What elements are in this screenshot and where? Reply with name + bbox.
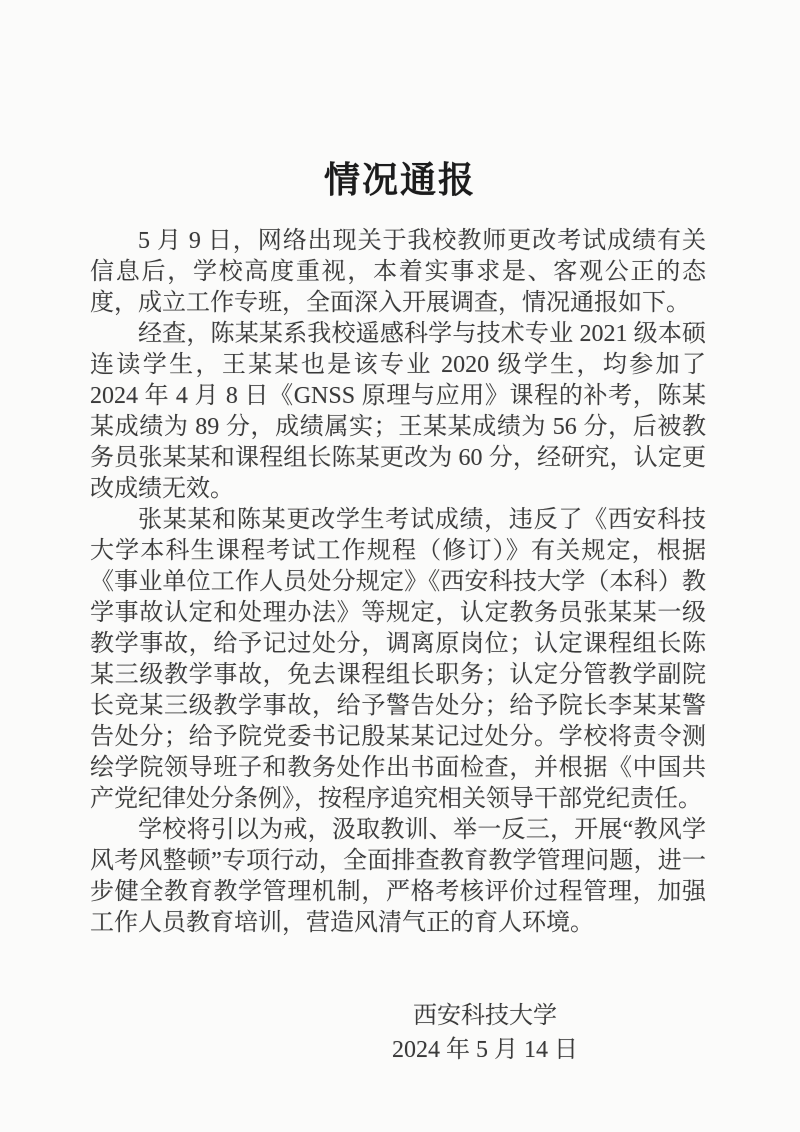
paragraph-measures: 学校将引以为戒，汲取教训、举一反三，开展“教风学风考风整顿”专项行动，全面排查教… <box>90 815 706 939</box>
document-body: 5 月 9 日，网络出现关于我校教师更改考试成绩有关信息后，学校高度重视，本着实… <box>90 226 706 939</box>
signature-block: 西安科技大学 2024 年 5 月 14 日 <box>392 999 578 1067</box>
paragraph-sanctions: 张某某和陈某更改学生考试成绩，违反了《西安科技大学本科生课程考试工作规程（修订）… <box>90 505 706 815</box>
signature-date: 2024 年 5 月 14 日 <box>392 1033 578 1067</box>
paragraph-findings: 经查，陈某某系我校遥感科学与技术专业 2021 级本硕连读学生，王某某也是该专业… <box>90 319 706 505</box>
document-title: 情况通报 <box>0 0 800 202</box>
paragraph-intro: 5 月 9 日，网络出现关于我校教师更改考试成绩有关信息后，学校高度重视，本着实… <box>90 226 706 319</box>
signature-organization: 西安科技大学 <box>392 999 578 1033</box>
document-page: 情况通报 5 月 9 日，网络出现关于我校教师更改考试成绩有关信息后，学校高度重… <box>0 0 800 1132</box>
